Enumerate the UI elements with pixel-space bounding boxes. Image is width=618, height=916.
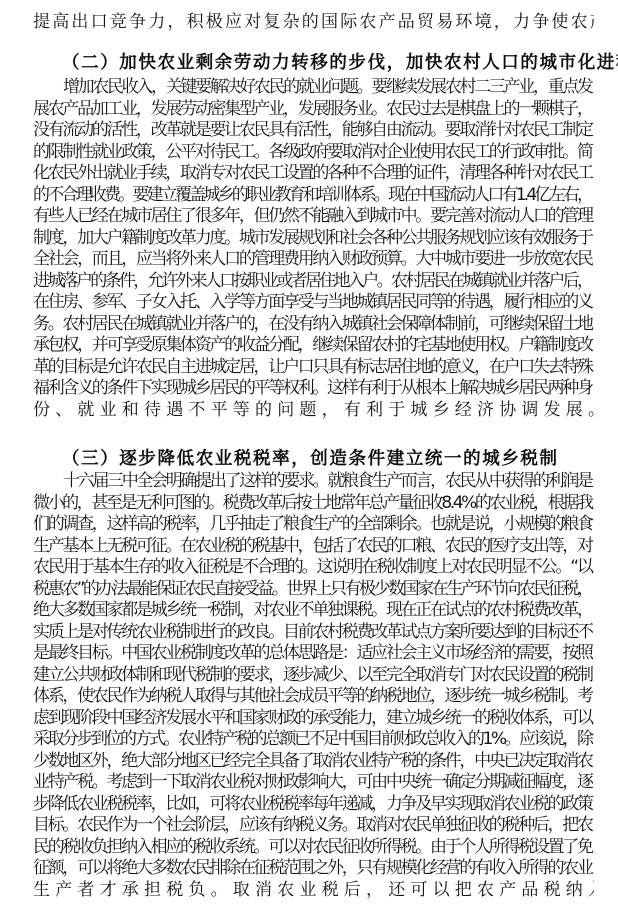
paragraph-line: 务。农村居民在城镇就业并落户的，在没有纳入城镇社会保障体制前，可继续保留土地 xyxy=(33,313,594,335)
paragraph-line: 的限制性就业政策，公平对待民工。各级政府要取消对企业使用农民工的行政审批。简 xyxy=(33,141,594,163)
paragraph-line: 份、就业和待遇不平等的问题，有利于城乡经济协调发展。 xyxy=(33,399,594,421)
paragraph-line: 没有流动的活性，改革就是要让农民具有活性，能够自由流动。要取消针对农民工制定 xyxy=(33,119,594,141)
section-heading-3: （三）逐步降低农业税税率，创造条件建立统一的城乡税制 xyxy=(62,447,559,471)
paragraph-line: 税惠农”的办法最能保证农民直接受益。世界上只有极少数国家在生产环节向农民征税， xyxy=(33,578,594,600)
paragraph-line: 承包权，并可享受原集体资产的收益分配，继续保留农村的宅基地使用权。户籍制度改 xyxy=(33,334,594,356)
paragraph-line: 增加农民收入，关键要解决好农民的就业问题。要继续发展农村二三产业，重点发 xyxy=(63,76,594,98)
paragraph-line: 制度，加大户籍制度改革力度。城市发展规划和社会各种公共服务规划应该有效服务于 xyxy=(33,227,594,249)
paragraph-line: 征额，可以将绝大多数农民排除在征税范围之外，只有规模化经营的有收入所得的农业 xyxy=(33,857,594,879)
paragraph-line: 有些人已经在城市居住了很多年，但仍然不能融入到城市中。要完善对流动人口的管理 xyxy=(33,205,594,227)
paragraph-line: 业特产税。考虑到一下取消农业税对财政影响大，可由中央统一确定分期减征幅度，逐 xyxy=(33,771,594,793)
paragraph-line: 化农民外出就业手续，取消专对农民工设置的各种不合理的证件，清理各种针对农民工 xyxy=(33,162,594,184)
paragraph-line: 建立公共财政体制和现代税制的要求，逐步减少、以至完全取消专门对农民设置的税制 xyxy=(33,664,594,686)
paragraph-line: 农民用于基本生存的收入征税是不合理的。这说明在税收制度上对农民明显不公。“以 xyxy=(33,556,594,578)
paragraph-line: 生产基本上无税可征。在农业税的税基中，包括了农民的口粮、农民的医疗支出等，对 xyxy=(33,535,594,557)
paragraph-line: 实质上是对传统农业税制进行的改良。目前农村税费改革试点方案所要达到的目标还不 xyxy=(33,621,594,643)
paragraph-line: 是最终目标。中国农业税制度改革的总体思路是：适应社会主义市场经济的需要，按照 xyxy=(33,642,594,664)
paragraph-line: 少数地区外，绝大部分地区已经完全具备了取消农业特产税的条件，中央已决定取消农 xyxy=(33,750,594,772)
paragraph-line: 全社会，而且，应当将外来人口的管理费用纳入财政预算。大中城市要进一步放宽农民 xyxy=(33,248,594,270)
paragraph-line: 福利含义的条件下实现城乡居民的平等权利。这样有利于从根本上解决城乡居民两种身 xyxy=(33,377,594,399)
document-page: 提高出口竞争力，积极应对复杂的国际农产品贸易环境，力争使农产品出口上一个新台阶。… xyxy=(0,0,618,916)
paragraph-line: 在住房、参军、子女入托、入学等方面享受与当地城镇居民同等的待遇，履行相应的义 xyxy=(33,291,594,313)
paragraph-line: 们的调查，这样高的税率，几乎抽走了粮食生产的全部剩余。也就是说，小规模的粮食 xyxy=(33,513,594,535)
paragraph-line: 革的目标是允许农民自主进城定居，让户口只具有标志居住地的意义，在户口失去特殊 xyxy=(33,356,594,378)
paragraph-line: 民的税收负担纳入相应的税收系统。可以对农民征收所得税。由于个人所得税设置了免 xyxy=(33,836,594,858)
paragraph-line: 步降低农业税税率，比如，可将农业税税率每年递减，力争及早实现取消农业税的政策 xyxy=(33,793,594,815)
paragraph-line: 展农产品加工业，发展劳动密集型产业，发展服务业。农民过去是棋盘上的一颗棋子， xyxy=(33,98,594,120)
paragraph-line: 绝大多数国家都是城乡统一税制，对农业不单独课税。现在正在试点的农村税费改革， xyxy=(33,599,594,621)
section-heading-2: （二）加快农业剩余劳动力转移的步伐，加快农村人口的城市化进程 xyxy=(62,51,618,75)
paragraph-line: 生产者才承担税负。取消农业税后，还可以把农产品税纳入增值税体系。 xyxy=(33,879,594,901)
paragraph-line: 虑到现阶段中国经济发展水平和国家财政的承受能力，建立城乡统一的税收体系，可以 xyxy=(33,707,594,729)
paragraph-line: 十六届三中全会明确提出了这样的要求。就粮食生产而言，农民从中获得的利润是 xyxy=(63,470,594,492)
paragraph-line: 微小的，甚至是无利可图的。税费改革后按土地常年总产量征收8.4%的农业税，根据我 xyxy=(33,492,594,514)
paragraph-line: 进城落户的条件，允许外来人口按职业或者居住地入户。农村居民在城镇就业并落户后， xyxy=(33,270,594,292)
paragraph-line: 的不合理收费。要建立覆盖城乡的职业教育和培训体系。现在中国流动人口有1.4亿左右… xyxy=(33,184,594,206)
paragraph-line: 提高出口竞争力，积极应对复杂的国际农产品贸易环境，力争使农产品出口上一个新台阶。 xyxy=(33,11,594,33)
paragraph-line: 体系，使农民作为纳税人取得与其他社会成员平等的纳税地位，逐步统一城乡税制。考 xyxy=(33,685,594,707)
paragraph-line: 采取分步到位的方式。农业特产税的总额已不足中国目前财政总收入的1%。应该说，除 xyxy=(33,728,594,750)
paragraph-line: 目标。农民作为一个社会阶层，应该有纳税义务。取消对农民单独征收的税种后，把农 xyxy=(33,814,594,836)
